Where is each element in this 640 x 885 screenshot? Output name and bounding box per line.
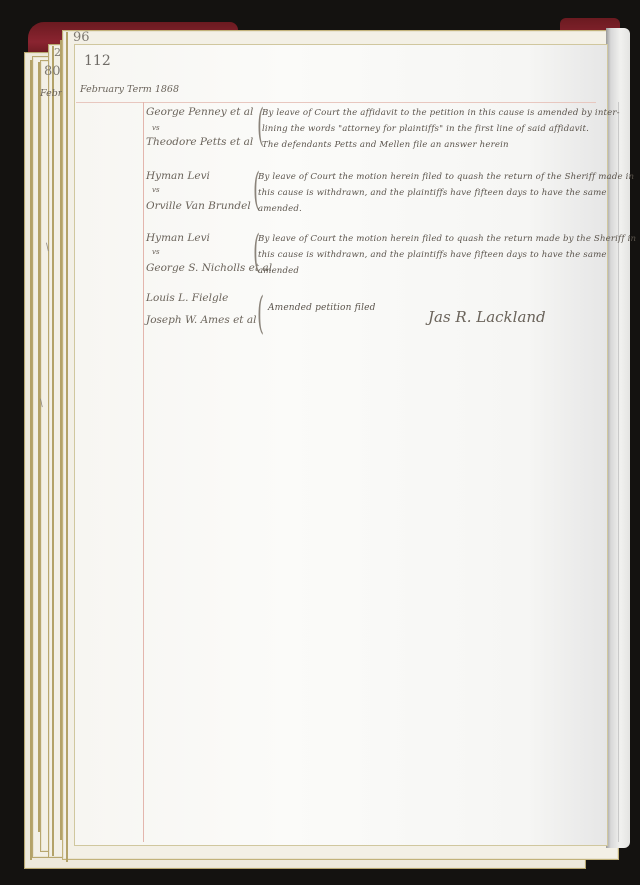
versus-mark: vs [152, 124, 160, 132]
party-plaintiff: George Penney et al [146, 106, 253, 118]
page-edge [52, 46, 54, 856]
back-page-number: 2 [54, 46, 61, 59]
entry-text-line: By leave of Court the affidavit to the p… [262, 108, 620, 118]
entry-text-line: this cause is withdrawn, and the plainti… [258, 188, 607, 198]
party-plaintiff: Louis L. Fielgle [146, 292, 228, 304]
brace: ( [257, 288, 264, 339]
party-defendant: Orville Van Brundel [146, 200, 251, 212]
page-edge [30, 60, 32, 860]
entry-text-line: amended. [258, 204, 302, 214]
back-page-heading: Febr [40, 88, 62, 99]
page-number: 112 [84, 53, 111, 69]
entry-text-line: Amended petition filed [268, 303, 376, 313]
judge-signature: Jas R. Lackland [428, 308, 546, 326]
page-edge [38, 62, 40, 832]
party-plaintiff: Hyman Levi [146, 232, 210, 244]
versus-mark: vs [152, 186, 160, 194]
page-edge [60, 40, 62, 840]
ledger-page [74, 44, 608, 846]
entry-text-line: amended [258, 266, 299, 276]
entry-text-line: By leave of Court the motion herein file… [258, 172, 634, 182]
back-page-number: 80 [44, 64, 61, 79]
party-defendant: Theodore Petts et al [146, 136, 253, 148]
header-rule [76, 102, 596, 103]
page-edge [66, 32, 68, 862]
term-heading: February Term 1868 [80, 84, 179, 95]
party-defendant: Joseph W. Ames et al [146, 314, 256, 326]
entry-text-line: lining the words "attorney for plaintiff… [262, 124, 589, 134]
margin-rule [143, 102, 144, 842]
back-page-number: 96 [73, 30, 90, 45]
versus-mark: vs [152, 248, 160, 256]
entry-text-line: The defendants Petts and Mellen file an … [262, 140, 509, 150]
entry-text-line: By leave of Court the motion herein file… [258, 234, 636, 244]
party-plaintiff: Hyman Levi [146, 170, 210, 182]
entry-text-line: this cause is withdrawn, and the plainti… [258, 250, 607, 260]
right-margin-rule [618, 102, 619, 842]
